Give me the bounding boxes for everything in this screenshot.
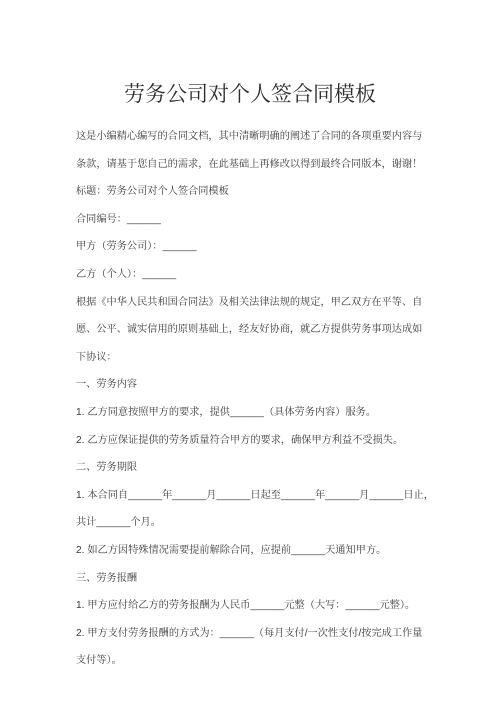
document-title: 劳务公司对个人签合同模板 [76, 82, 424, 108]
party-b-text: 乙方（个人）：______ [76, 261, 424, 289]
party-a-text: 甲方（劳务公司）：______ [76, 233, 424, 261]
section-2-item-1-line-1: 1. 本合同自______年______月______日起至______年___… [76, 482, 424, 510]
intro-line-2: 条款，请基于您自己的需求，在此基础上再修改以得到最终合同版本，谢谢！ [76, 151, 424, 179]
section-3-item-1-text: 1. 甲方应付给乙方的劳务报酬为人民币______元整（大写：______元整）… [76, 592, 424, 620]
section-1-heading: 一、劳务内容 [76, 371, 424, 399]
party-a-line: 甲方（劳务公司）：______ [76, 233, 424, 261]
section-2-heading-text: 二、劳务期限 [76, 454, 424, 482]
title-field-text: 标题：劳务公司对个人签合同模板 [76, 178, 424, 206]
title-field-line: 标题：劳务公司对个人签合同模板 [76, 178, 424, 206]
preamble-paragraph: 根据《中华人民共和国合同法》及相关法律法规的规定，甲乙双方在平等、自 愿、公平、… [76, 289, 424, 372]
preamble-line-1: 根据《中华人民共和国合同法》及相关法律法规的规定，甲乙双方在平等、自 [76, 289, 424, 317]
section-2-item-1-line-2: 共计______个月。 [76, 509, 424, 537]
section-2-heading: 二、劳务期限 [76, 454, 424, 482]
section-2-item-1: 1. 本合同自______年______月______日起至______年___… [76, 482, 424, 537]
section-3-item-2-line-2: 支付等）。 [76, 647, 424, 675]
preamble-line-2: 愿、公平、诚实信用的原则基础上，经友好协商，就乙方提供劳务事项达成如 [76, 316, 424, 344]
section-3-heading: 三、劳务报酬 [76, 565, 424, 593]
section-3-item-2: 2. 甲方支付劳务报酬的方式为：______（每月支付/一次性支付/按完成工作量… [76, 620, 424, 675]
party-b-line: 乙方（个人）：______ [76, 261, 424, 289]
section-3-item-1: 1. 甲方应付给乙方的劳务报酬为人民币______元整（大写：______元整）… [76, 592, 424, 620]
contract-number-line: 合同编号：______ [76, 206, 424, 234]
intro-paragraph: 这是小编精心编写的合同文档，其中清晰明确的阐述了合同的各项重要内容与 条款，请基… [76, 123, 424, 178]
intro-line-1: 这是小编精心编写的合同文档，其中清晰明确的阐述了合同的各项重要内容与 [76, 123, 424, 151]
section-1-heading-text: 一、劳务内容 [76, 371, 424, 399]
section-3-heading-text: 三、劳务报酬 [76, 565, 424, 593]
section-2-item-2: 2. 如乙方因特殊情况需要提前解除合同，应提前______天通知甲方。 [76, 537, 424, 565]
section-2-item-2-text: 2. 如乙方因特殊情况需要提前解除合同，应提前______天通知甲方。 [76, 537, 424, 565]
section-1-item-1-text: 1. 乙方同意按照甲方的要求，提供______（具体劳务内容）服务。 [76, 399, 424, 427]
section-1-item-2-text: 2. 乙方应保证提供的劳务质量符合甲方的要求，确保甲方利益不受损失。 [76, 427, 424, 455]
section-1-item-2: 2. 乙方应保证提供的劳务质量符合甲方的要求，确保甲方利益不受损失。 [76, 427, 424, 455]
section-1-item-1: 1. 乙方同意按照甲方的要求，提供______（具体劳务内容）服务。 [76, 399, 424, 427]
document-page: 劳务公司对个人签合同模板 这是小编精心编写的合同文档，其中清晰明确的阐述了合同的… [0, 0, 500, 707]
section-3-item-2-line-1: 2. 甲方支付劳务报酬的方式为：______（每月支付/一次性支付/按完成工作量 [76, 620, 424, 648]
contract-number-text: 合同编号：______ [76, 206, 424, 234]
preamble-line-3: 下协议： [76, 344, 424, 372]
document-body: 这是小编精心编写的合同文档，其中清晰明确的阐述了合同的各项重要内容与 条款，请基… [76, 123, 424, 675]
